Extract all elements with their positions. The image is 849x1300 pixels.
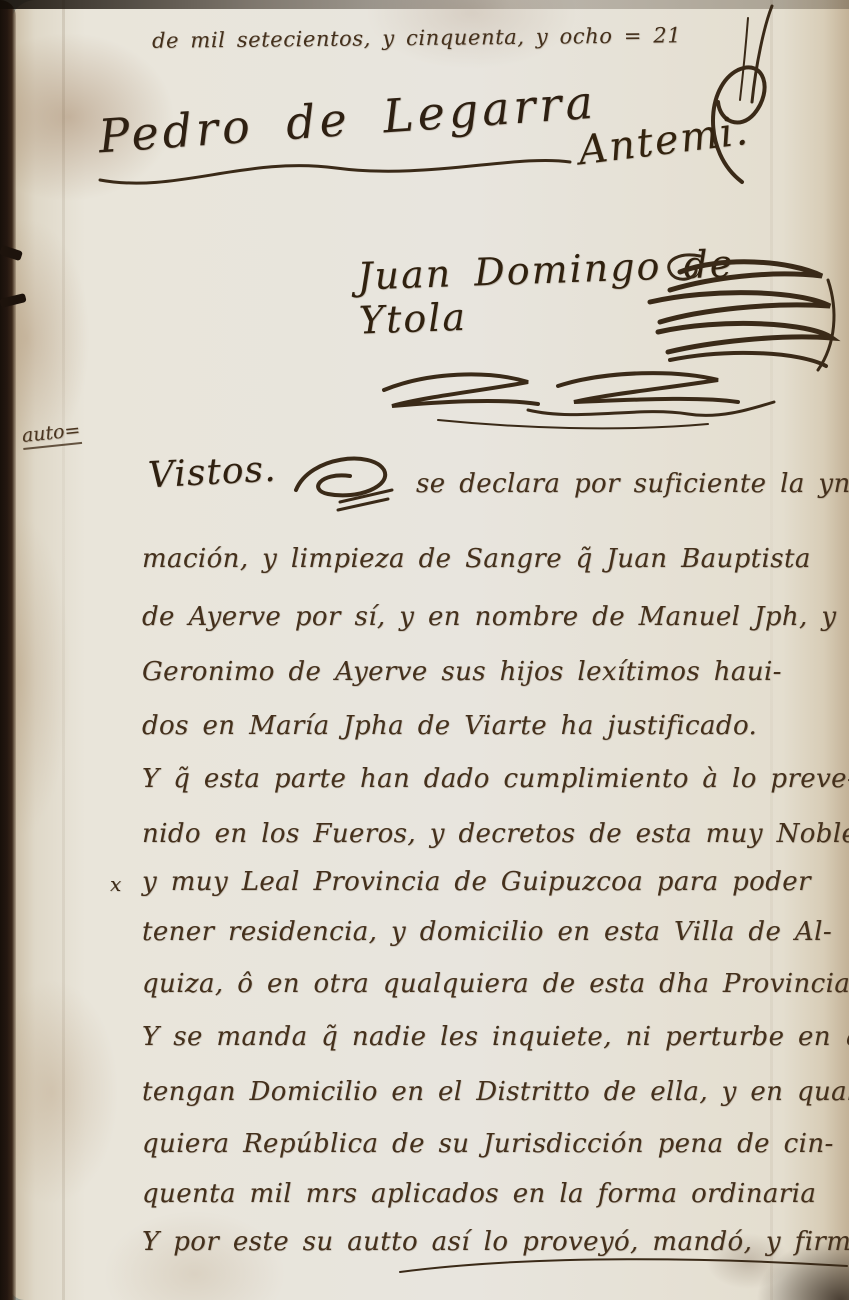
- firmo-underline-stroke: [398, 1248, 849, 1278]
- body-line: de Ayerve por sí, y en nombre de Manuel …: [142, 603, 842, 633]
- body-line: y muy Leal Provincia de Guipuzcoa para p…: [142, 868, 842, 898]
- legarra-underline-flourish: [96, 150, 576, 190]
- body-line: Y se manda q̃ nadie les inquiete, ni per…: [142, 1023, 842, 1053]
- body-line: se declara por suficiente la ynfor-: [416, 470, 849, 500]
- body-line: dos en María Jpha de Viarte ha justifica…: [142, 712, 842, 742]
- body-line: tengan Domicilio en el Distritto de ella…: [142, 1078, 842, 1108]
- body-line: tener residencia, y domicilio en esta Vi…: [142, 918, 842, 948]
- body-line: Y q̃ esta parte han dado cumplimiento à …: [142, 765, 842, 795]
- book-binding-edge: [0, 0, 16, 1300]
- rubric-scribble: [640, 250, 840, 380]
- body-line: Geronimo de Ayerve sus hijos lexítimos h…: [142, 658, 842, 688]
- paper-crease-left: [62, 0, 65, 1300]
- body-line: quiera República de su Jurisdicción pena…: [142, 1130, 842, 1160]
- body-opening-word: Vistos.: [147, 449, 277, 497]
- manuscript-scan: de mil setecientos, y cinquenta, y ocho …: [0, 0, 849, 1300]
- body-line: nido en los Fueros, y decretos de esta m…: [142, 820, 842, 850]
- page-top-shadow: [0, 0, 849, 9]
- vistos-rubric-flourish: [280, 450, 410, 510]
- margin-mark-x: x: [110, 872, 121, 896]
- body-line: quiza, ô en otra qualquiera de esta dha …: [142, 970, 842, 1000]
- body-line: mación, y limpieza de Sangre q̃ Juan Bau…: [142, 545, 842, 575]
- body-line: quenta mil mrs aplicados en la forma ord…: [142, 1180, 842, 1210]
- signature-flourish-band: [378, 362, 778, 428]
